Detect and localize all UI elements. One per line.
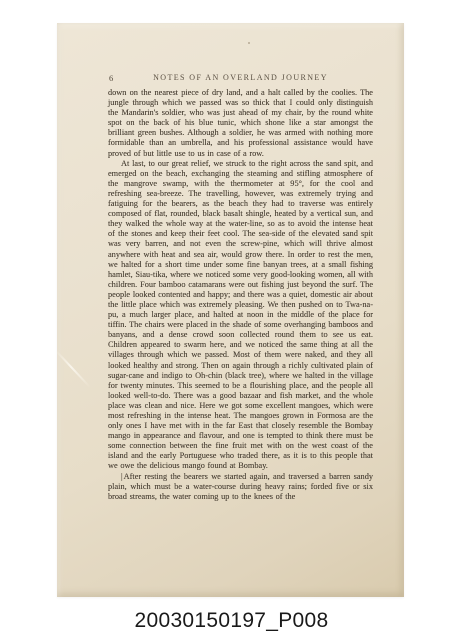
page-number: 6	[109, 73, 113, 83]
paragraph: |After resting the bearers we started ag…	[108, 472, 373, 502]
stray-mark: |	[121, 472, 123, 481]
book-page: 6 NOTES OF AN OVERLAND JOURNEY down on t…	[57, 23, 404, 597]
paragraph: down on the nearest piece of dry land, a…	[108, 88, 373, 159]
page-header: 6 NOTES OF AN OVERLAND JOURNEY	[108, 73, 373, 85]
image-id-caption: 20030150197_P008	[0, 609, 463, 633]
paragraph: At last, to our great relief, we struck …	[108, 159, 373, 472]
paragraph-text: After resting the bearers we started aga…	[108, 472, 373, 501]
paper-speck	[248, 42, 250, 44]
page-body-text: down on the nearest piece of dry land, a…	[108, 88, 373, 502]
scanned-page-photo: 6 NOTES OF AN OVERLAND JOURNEY down on t…	[0, 0, 463, 640]
page-crease	[55, 350, 91, 388]
running-title: NOTES OF AN OVERLAND JOURNEY	[153, 73, 328, 82]
